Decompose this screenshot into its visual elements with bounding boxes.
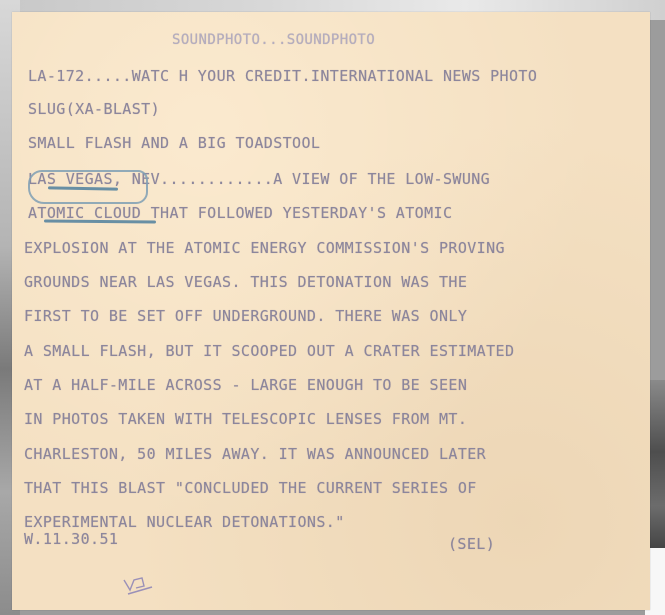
date-code: W.11.30.51: [24, 530, 118, 548]
caption-paper: SOUNDPHOTO...SOUNDPHOTO LA-172.....WATC …: [12, 12, 650, 610]
caption-line-8: FIRST TO BE SET OFF UNDERGROUND. THERE W…: [24, 307, 467, 325]
handwritten-mark-icon: [122, 574, 156, 598]
headline-line: SMALL FLASH AND A BIG TOADSTOOL: [28, 134, 320, 152]
caption-line-1: LA-172.....WATC H YOUR CREDIT.INTERNATIO…: [28, 67, 537, 85]
slug-line: SLUG(XA-BLAST): [28, 100, 160, 118]
soundphoto-header: SOUNDPHOTO...SOUNDPHOTO: [172, 32, 375, 48]
caption-line-13: THAT THIS BLAST "CONCLUDED THE CURRENT S…: [24, 479, 477, 497]
caption-line-9: A SMALL FLASH, BUT IT SCOOPED OUT A CRAT…: [24, 342, 514, 360]
caption-line-10: AT A HALF-MILE ACROSS - LARGE ENOUGH TO …: [24, 376, 467, 394]
caption-line-11: IN PHOTOS TAKEN WITH TELESCOPIC LENSES F…: [24, 410, 467, 428]
caption-line-14: EXPERIMENTAL NUCLEAR DETONATIONS.": [24, 513, 345, 531]
caption-line-6: EXPLOSION AT THE ATOMIC ENERGY COMMISSIO…: [24, 239, 505, 257]
caption-line-7: GROUNDS NEAR LAS VEGAS. THIS DETONATION …: [24, 273, 467, 291]
pencil-underline-2: [44, 220, 156, 224]
initials: (SEL): [448, 535, 495, 553]
caption-line-12: CHARLESTON, 50 MILES AWAY. IT WAS ANNOUN…: [24, 445, 486, 463]
